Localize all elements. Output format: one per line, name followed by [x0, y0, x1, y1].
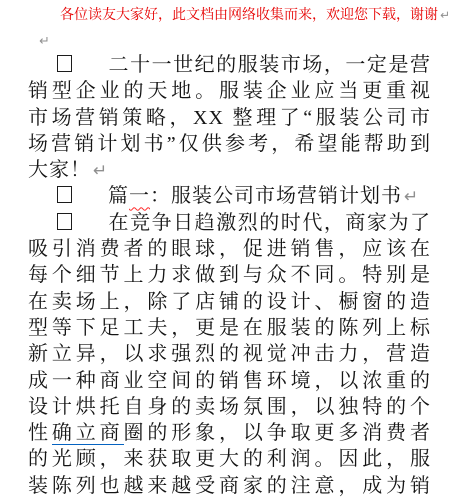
hyperlink-text[interactable]: 确立商	[52, 422, 124, 445]
body-text: 型等下足工夫，更是在服装的陈列上标	[28, 317, 431, 339]
body-text: 市场营销策略，XX 整理了“服装公司市	[28, 107, 431, 129]
missing-glyph-box	[57, 213, 72, 230]
body-text: 每个细节上力求做到与众不同。特别是	[28, 264, 431, 286]
document-line: 成一种商业空间的销售环境，以浓重的	[28, 368, 431, 394]
paragraph-mark-icon: ↵	[440, 8, 450, 22]
notice-text: 各位读友大家好，此文档由网络收集而来，欢迎您下载，谢谢	[60, 8, 438, 23]
document-line: 在竞争日趋激烈的时代，商家为了	[28, 210, 431, 236]
body-text: 在竞争日趋激烈的时代，商家为了	[108, 212, 431, 234]
body-text: 成一种商业空间的销售环境，以浓重的	[28, 370, 431, 392]
body-text: 场营销计划书”仅供参考，希望能帮助到	[28, 133, 431, 155]
missing-glyph-box	[57, 55, 72, 72]
missing-glyph-box	[57, 186, 72, 203]
body-text: 圈的形象，以争取更多消费者	[124, 422, 432, 444]
body-text: ：服装公司市场营销计划书	[150, 185, 402, 207]
document-line: 在卖场上，除了店铺的设计、橱窗的造	[28, 289, 431, 315]
body-text: 篇	[108, 185, 129, 207]
document-line: 吸引消费者的眼球，促进销售，应该在	[28, 236, 431, 262]
document-line: 市场营销策略，XX 整理了“服装公司市	[28, 105, 431, 131]
document-body: 二十一世纪的服装市场，一定是营销型企业的天地。服装企业应当更重视市场营销策略，X…	[28, 52, 431, 499]
document-line: 场营销计划书”仅供参考，希望能帮助到	[28, 131, 431, 157]
document-page: 各位读友大家好，此文档由网络收集而来，欢迎您下载，谢谢↵ ↵ 二十一世纪的服装市…	[0, 0, 458, 499]
body-text: 吸引消费者的眼球，促进销售，应该在	[28, 238, 431, 260]
paragraph-mark-icon: ↵	[93, 161, 107, 181]
document-line: 大家！↵	[28, 157, 431, 183]
document-line: 销型企业的天地。服装企业应当更重视	[28, 78, 431, 104]
body-text: 大家！	[28, 159, 91, 181]
document-line: 型等下足工夫，更是在服装的陈列上标	[28, 315, 431, 341]
notice-line: 各位读友大家好，此文档由网络收集而来，欢迎您下载，谢谢↵	[0, 5, 458, 26]
body-text: 在卖场上，除了店铺的设计、橱窗的造	[28, 291, 431, 313]
document-line: 二十一世纪的服装市场，一定是营	[28, 52, 431, 78]
body-text: 装陈列也越来越受商家的注意，成为销	[28, 475, 431, 497]
spellcheck-flagged-text: 一	[129, 185, 150, 207]
body-text: 二十一世纪的服装市场，一定是营	[108, 54, 431, 76]
document-line: 设计烘托自身的卖场氛围，以独特的个	[28, 394, 431, 420]
empty-line: ↵	[37, 31, 50, 52]
document-line: 篇一：服装公司市场营销计划书↵	[28, 183, 431, 209]
body-text: 销型企业的天地。服装企业应当更重视	[28, 80, 431, 102]
document-line: 装陈列也越来越受商家的注意，成为销	[28, 473, 431, 499]
body-text: 性	[28, 422, 52, 444]
document-line: 的光顾，来获取更大的利润。因此，服	[28, 446, 431, 472]
paragraph-mark-icon: ↵	[39, 34, 50, 49]
body-text: 的光顾，来获取更大的利润。因此，服	[28, 448, 431, 470]
body-text: 新立异，以求强烈的视觉冲击力，营造	[28, 343, 431, 365]
document-line: 新立异，以求强烈的视觉冲击力，营造	[28, 341, 431, 367]
document-line: 性确立商圈的形象，以争取更多消费者	[28, 420, 431, 446]
paragraph-mark-icon: ↵	[404, 187, 418, 207]
body-text: 设计烘托自身的卖场氛围，以独特的个	[28, 396, 431, 418]
document-line: 每个细节上力求做到与众不同。特别是	[28, 262, 431, 288]
